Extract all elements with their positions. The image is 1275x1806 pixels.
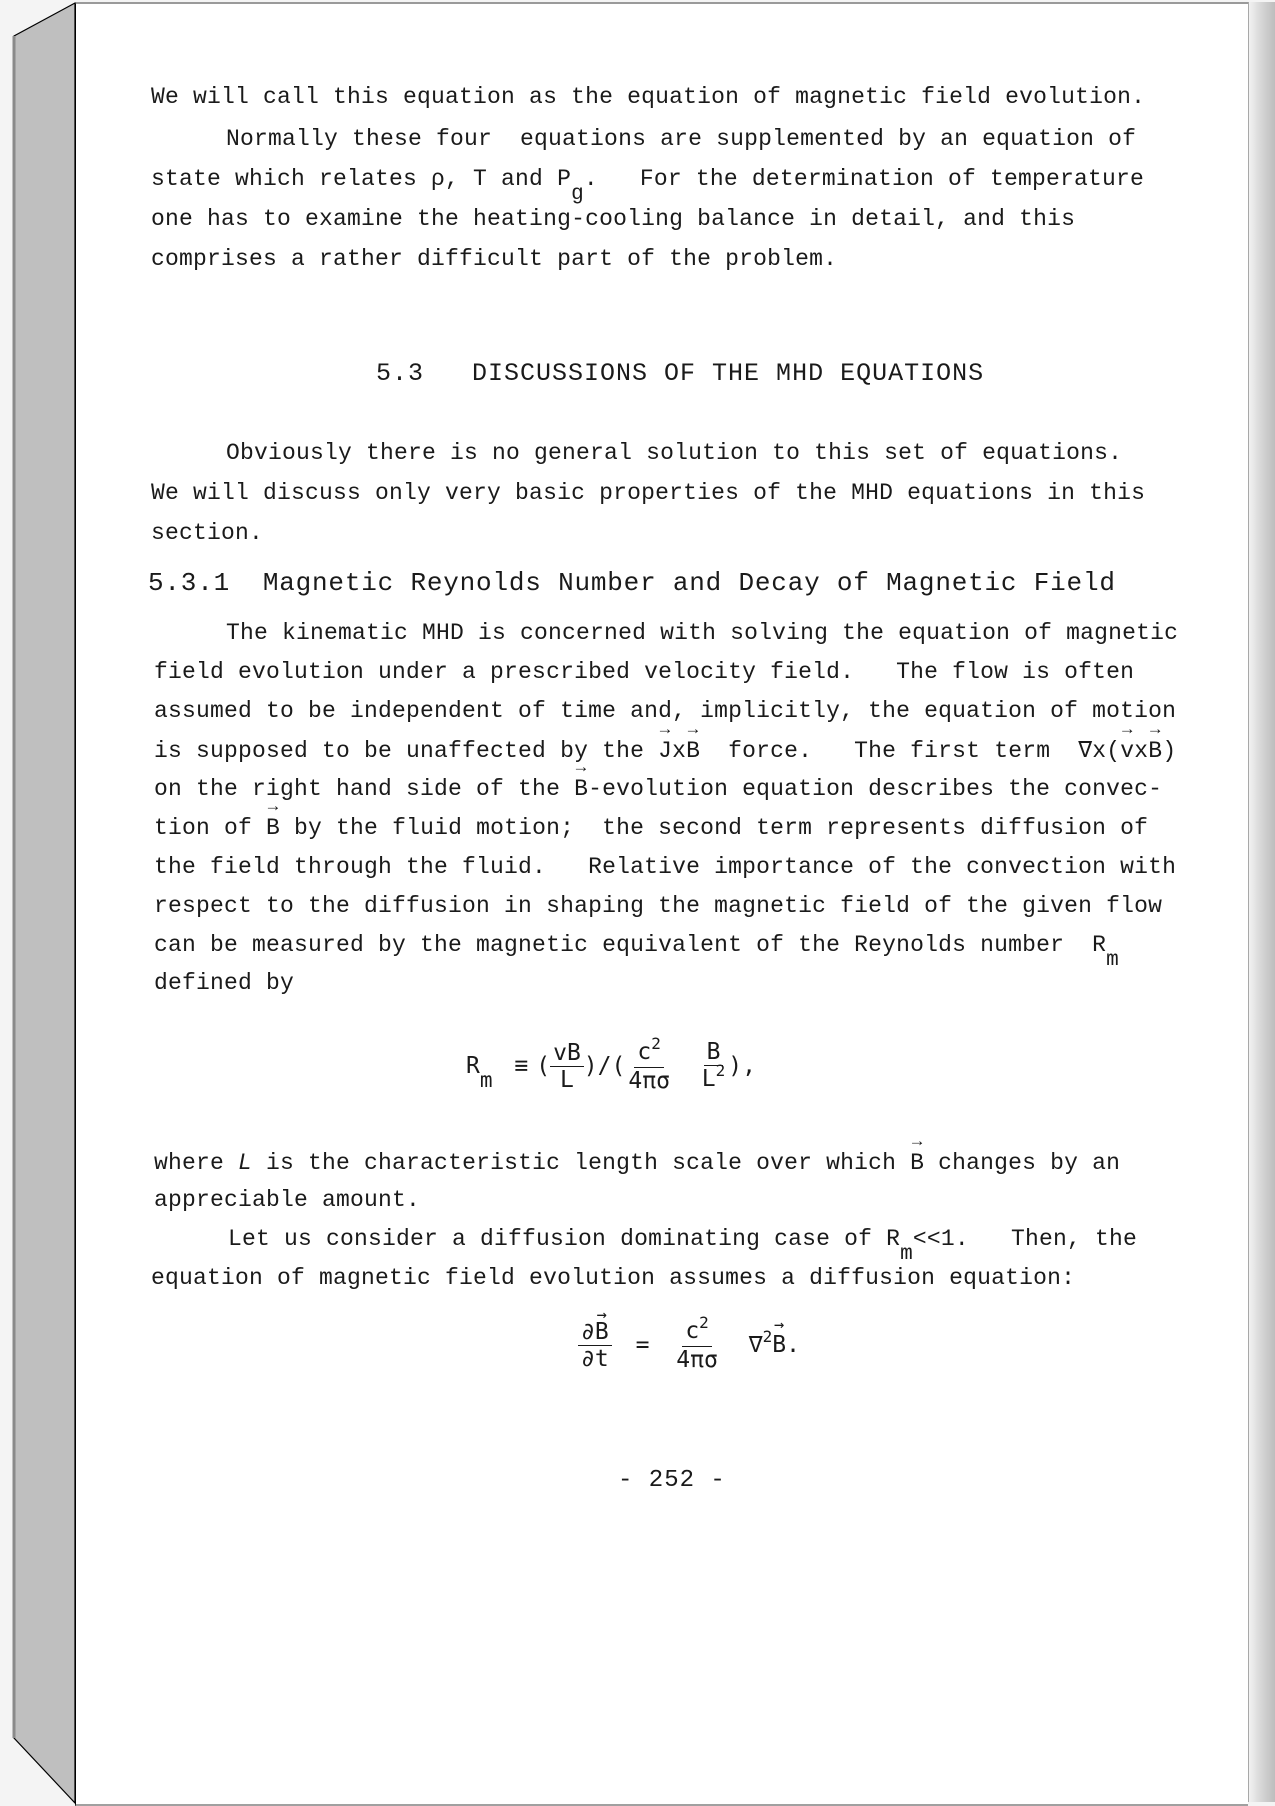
text-line: field evolution under a prescribed veloc…: [154, 659, 1134, 685]
equals-sign: =: [636, 1332, 650, 1358]
vector-symbol: B: [910, 1150, 924, 1176]
fraction: c24πσ: [625, 1039, 673, 1094]
text: tion of: [154, 815, 266, 841]
text-line: equation of magnetic field evolution ass…: [151, 1265, 1075, 1291]
numerator: c: [685, 1318, 699, 1344]
text-line: Normally these four equations are supple…: [226, 126, 1136, 152]
text-line: respect to the diffusion in shaping the …: [154, 893, 1162, 919]
numerator: c: [637, 1039, 651, 1065]
text-line: Obviously there is no general solution t…: [226, 440, 1122, 466]
superscript: 2: [699, 1313, 709, 1332]
section-heading: 5.3 DISCUSSIONS OF THE MHD EQUATIONS: [376, 359, 984, 388]
text: on the right hand side of the: [154, 776, 574, 802]
book-spine: [0, 0, 80, 1806]
text: can be measured by the magnetic equivale…: [154, 932, 1106, 958]
document-page: We will call this equation as the equati…: [75, 2, 1248, 1806]
vector-symbol: B: [595, 1319, 609, 1345]
fraction: c24πσ: [673, 1318, 721, 1373]
eq-tail: ),: [728, 1053, 756, 1079]
text-line: state which relates ρ, T and Pg. For the…: [151, 166, 1144, 192]
text-line: comprises a rather difficult part of the…: [151, 246, 837, 272]
eq-end: .: [786, 1332, 800, 1358]
denominator: ∂t: [578, 1346, 612, 1372]
page-number: - 252 -: [618, 1467, 726, 1494]
text-line: We will call this equation as the equati…: [151, 84, 1145, 110]
equation-magnetic-reynolds: Rm ≡(vBL)/(c24πσ BL2),: [466, 1039, 756, 1094]
italic-variable: L: [238, 1150, 252, 1176]
text: changes by an: [924, 1150, 1120, 1176]
text: ): [1162, 738, 1176, 764]
subscript: m: [480, 1068, 493, 1092]
subscript: g: [571, 183, 584, 206]
numerator: vB: [550, 1040, 584, 1067]
vector-symbol: B: [1148, 738, 1162, 764]
page-stack-edge: [1247, 2, 1275, 1802]
text-line: on the right hand side of the B-evolutio…: [154, 776, 1162, 802]
text-line: We will discuss only very basic properti…: [151, 480, 1145, 506]
text: . For the determination of temperature: [584, 166, 1144, 192]
fraction: vBL: [550, 1040, 584, 1093]
text-line: is supposed to be unaffected by the JxB …: [154, 737, 1176, 764]
denominator: 4πσ: [625, 1068, 673, 1094]
text: state which relates ρ, T and P: [151, 166, 571, 192]
vector-symbol: B: [574, 776, 588, 802]
superscript: 2: [716, 1061, 726, 1080]
text: where: [154, 1150, 238, 1176]
vector-symbol: B: [266, 815, 280, 841]
text-line: The kinematic MHD is concerned with solv…: [226, 620, 1178, 646]
slash: /: [598, 1053, 612, 1079]
superscript: 2: [651, 1034, 661, 1053]
text-line: Let us consider a diffusion dominating c…: [228, 1226, 1137, 1252]
text: force. The first term ∇x(: [700, 738, 1120, 764]
vector-symbol: J: [658, 738, 672, 764]
text-line: the field through the fluid. Relative im…: [154, 854, 1176, 880]
equiv-sign: ≡: [514, 1053, 528, 1079]
text-line: defined by: [154, 970, 294, 996]
text: -evolution equation describes the convec…: [588, 776, 1162, 802]
text: Let us consider a diffusion dominating c…: [228, 1226, 900, 1252]
text: x: [672, 738, 686, 764]
text-line: one has to examine the heating-cooling b…: [151, 206, 1075, 232]
text-line: can be measured by the magnetic equivale…: [154, 932, 1119, 958]
denominator: 4πσ: [673, 1347, 721, 1373]
equation-diffusion: ∂B∂t = c24πσ ∇2B.: [578, 1318, 800, 1373]
superscript: 2: [763, 1327, 773, 1346]
vector-symbol: B: [772, 1332, 786, 1358]
text-line: appreciable amount.: [154, 1187, 420, 1213]
nabla-symbol: ∇: [749, 1332, 763, 1358]
text: <<1. Then, the: [913, 1226, 1137, 1252]
vector-symbol: v: [1120, 738, 1134, 764]
eq-lhs: R: [466, 1053, 480, 1079]
text: is the characteristic length scale over …: [252, 1150, 910, 1176]
subscript: m: [900, 1243, 913, 1266]
fraction: BL2: [699, 1039, 729, 1094]
denominator: L: [557, 1067, 577, 1093]
text-line: tion of B by the fluid motion; the secon…: [154, 815, 1148, 841]
text-line: where L is the characteristic length sca…: [154, 1150, 1120, 1176]
partial-symbol: ∂: [581, 1319, 595, 1345]
subsection-heading: 5.3.1 Magnetic Reynolds Number and Decay…: [148, 568, 1116, 598]
subscript: m: [1106, 949, 1119, 972]
text: by the fluid motion; the second term rep…: [280, 815, 1148, 841]
fraction: ∂B∂t: [578, 1319, 612, 1372]
text: x: [1134, 738, 1148, 764]
text-line: section.: [151, 520, 263, 546]
denominator: L: [702, 1066, 716, 1092]
vector-symbol: B: [686, 738, 700, 764]
